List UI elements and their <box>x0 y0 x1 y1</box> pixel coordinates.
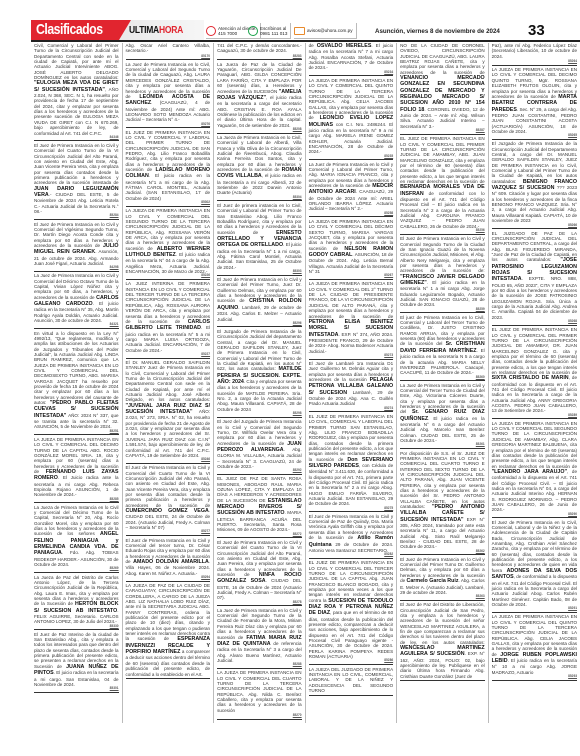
notice-text-continued: AÑO: 2.024, N° 273, SRIA. N° 02, ha resu… <box>126 409 211 458</box>
classifieds-columns: Civil, Comercial y Laboral del Primer Tu… <box>31 43 580 756</box>
notice-text: LA JUEZA DE PRIMERA INSTANCIA EN LO CIVI… <box>309 78 394 120</box>
legal-notice: LA JUEZA DE PRIMERA INSTANCIA EN LO CIVI… <box>34 437 119 503</box>
legal-notice: Paz), ante mí Abg. Federico López Díaz (… <box>492 43 577 66</box>
column-4: de OSVALDO MERELES. El juicio radica en … <box>306 43 398 723</box>
notice-text: Paz), ante mí Abg. Federico López Díaz (… <box>492 43 577 59</box>
newspaper-logo: ULTIMAHORA <box>129 25 183 36</box>
notice-text: El Dr. MANUEL GERALDO SAIFILDIN STANLEY … <box>126 360 211 402</box>
legal-notice: La Juez de Primera Instancia en lo Civil… <box>34 273 119 329</box>
notice-text-continued: , de conformidad con lo dispuesto en el … <box>492 375 577 413</box>
legal-notice: El Juez de Primera Instancia en lo Civil… <box>400 236 485 313</box>
legal-notice: El Juez del Juzgado de Primera Instancia… <box>217 419 302 475</box>
legal-notice: El Juez de Paz del Distrito de Liberació… <box>400 602 485 681</box>
notice-code: 85269 <box>34 567 119 571</box>
legal-notice: EL JUEZ DE PRIMERA INSTANCIA EN LO CIVIL… <box>309 414 394 512</box>
notice-code: 85261 <box>400 443 485 447</box>
contact-whatsapp-value: 0981 111 013 <box>260 31 287 36</box>
notice-code: 85275 <box>309 507 394 511</box>
legal-notice: La Juez de Primera Instancia en lo Civil… <box>217 608 302 669</box>
notice-code: 85260 <box>400 376 485 380</box>
legal-notice: EL JUEZ DE PRIMERA INSTANCIA EN LO CIVIL… <box>309 560 394 665</box>
column-1: Civil, Comercial y Laboral del Primer Tu… <box>31 43 123 723</box>
notice-text: LA JUEZA DE PRIMERA INSTANCIA EN LO CIVI… <box>492 614 577 656</box>
notice-code: 85302 <box>126 201 211 205</box>
legal-notice: El Juez de Primera Instancia en lo Civil… <box>34 222 119 272</box>
contact-email: avisos@uhora.com.py <box>294 23 357 39</box>
notice-code: 85294 <box>126 576 211 580</box>
legal-notice: LA JUEZ INTERINA DE PRIMERA INSTANCIA EN… <box>126 281 211 358</box>
legal-notice: El Juez de primera instancia en lo Civil… <box>217 203 302 276</box>
legal-notice: El Juez de Primera Instancia en lo Civil… <box>34 143 119 220</box>
legal-notice: LA JUEZA DE PRIMERA INSTANCIA EN LO CIVI… <box>492 67 577 140</box>
legal-notice: El Juez de Primera Instancia en lo Civil… <box>217 277 302 327</box>
notice-text-continued: , de conformidad a lo dispuesto en el Ar… <box>492 469 577 512</box>
deceased-name: SIXTA CRISTALDO DE MARIN <box>492 375 569 381</box>
notice-code: 85234 <box>309 71 394 75</box>
notice-code: 85291 <box>492 607 577 611</box>
column-5: NO DE LA CIUDAD DE CORONEL OVIEDO, CIRCU… <box>397 43 489 723</box>
notice-text: EL JUEZ DE PRIMERA INSTANCIA EN LO CIVIL… <box>492 327 577 375</box>
notice-code: 85251 <box>34 430 119 434</box>
legal-notice: La Juez de Primera Instancia en lo Civil… <box>400 383 485 449</box>
phone-icon <box>206 26 216 36</box>
legal-notice: El juez de Primera Instancia en lo Civil… <box>400 315 485 381</box>
legal-notice: Civil, Comercial y Laboral del Primer Tu… <box>34 43 119 141</box>
column-6: Paz), ante mí Abg. Federico López Díaz (… <box>489 43 580 723</box>
section-title: Clasificados <box>36 21 103 38</box>
notice-text: LA JUEZA DE PRIMERA INSTANCIA EN LO CIVI… <box>492 421 577 469</box>
notice-text: EL JUEZ DE PRIMERA INSTANCIA EN LO CIVIL… <box>126 130 211 172</box>
legal-notice: Por disposición de S.S. el Sr. JUEZ DE P… <box>400 451 485 556</box>
notice-code: 85290 <box>492 513 577 517</box>
notice-code: 85304 <box>217 196 302 200</box>
legal-notice: El Juez de Primera Instancia en lo Civil… <box>309 514 394 559</box>
legal-notice: El Juzgado de Primera Instancia de la Ci… <box>492 141 577 229</box>
legal-notice: EL JUEZ DE PRIMERA INSTANCIA EN LO CIVIL… <box>126 130 211 207</box>
legal-notice: Abg. Oscar Ariel Cantero Villalba, secre… <box>126 43 211 60</box>
notice-code: 85273 <box>309 354 394 358</box>
legal-notice: LA JUEZA DEL JUZGADO DE PRIMERA INSTANCI… <box>309 667 394 697</box>
notice-code: 85226 <box>126 274 211 278</box>
legal-notice: El Juez de Primera Instancia en lo Civil… <box>126 538 211 582</box>
legal-notice: El Juez de Primera Instancia en lo Civil… <box>217 540 302 606</box>
notice-text-continued: , con Cédula de Identidad N° 3.411.630, … <box>309 463 394 506</box>
legal-notice: El Juez de Paz Interino de la ciudad de … <box>34 632 119 693</box>
notice-text: El Juez de Paz del Distrito de Liberació… <box>400 602 485 644</box>
notice-text: NO DE LA CIUDAD DE CORONEL OVIEDO, CIRCU… <box>400 43 485 75</box>
notice-code: 85298 <box>217 412 302 416</box>
notice-text: En virtud a lo dispuesto en la Ley N° 49… <box>34 331 119 405</box>
notice-text: Civil, Comercial y Laboral del Primer Tu… <box>34 43 119 80</box>
legal-notice: El Juez de Lambaré 1ra Instancia D1 Juez… <box>309 361 394 412</box>
legal-notice: La Jueza de Primera Instancia en lo Civi… <box>34 505 119 573</box>
legal-notice: La Jueza de Paz de la Ciudad de Yaguarón… <box>217 62 302 134</box>
logo-part-ultima: ULTIMA <box>129 25 159 36</box>
legal-notice: NO DE LA CIUDAD DE CORONEL OVIEDO, CIRCU… <box>400 43 485 135</box>
notice-code: 85276 <box>126 123 211 127</box>
deceased-name: "LEANDRO JARA ARAUJO" <box>492 469 567 475</box>
legal-notice: 741 del C.P.C. y demás concordantes.- Ca… <box>217 43 302 60</box>
notice-code: 85282 <box>309 553 394 557</box>
notice-text: LA JUEZA DE PRIMERA INSTANCIA EN LO CIVI… <box>126 208 211 250</box>
legal-notice: EL JUEZ DE PRIMERA INSTANCIA EN LO CIVIL… <box>492 327 577 419</box>
page-number: 33 <box>528 22 545 39</box>
notice-code: 85330 <box>34 625 119 629</box>
notice-code: 85303 <box>217 270 302 274</box>
notice-text: EL JUEZ DE PRIMERA INSTANCIA EN LO CIVIL… <box>400 136 485 184</box>
legal-notice: EL JUZGADO DE PAZ DE LA CIRCUNSCRIPCIÓN … <box>492 231 577 326</box>
notice-code: 85262 <box>400 550 485 554</box>
deceased-name: OSVALDO MERELES <box>317 43 372 49</box>
notice-text: de <box>309 43 314 48</box>
notice-code: 85265 <box>492 134 577 138</box>
legal-notice: LA JUEZA DE PAZ DE LA CIUDAD DE CARAGUAT… <box>126 583 211 679</box>
notice-text: LA JUEZA DEL JUZGADO DE PRIMERA INSTANCI… <box>309 667 394 693</box>
legal-notice: LA JUEZA DE PRIMERA INSTANCIA EN LO CIVI… <box>309 281 394 359</box>
notice-code: 84346 <box>34 136 119 140</box>
notice-code: 85272 <box>217 533 302 537</box>
notice-code: 85264 <box>492 60 577 64</box>
contact-email-value: avisos@uhora.com.py <box>307 28 353 33</box>
deceased-name: AMADO DOLDÁN AMARILLA <box>133 559 209 565</box>
issue-date: Asunción, viernes 8 de noviembre de 2024 <box>375 28 500 35</box>
notice-code: 85235 <box>309 155 394 159</box>
column-2: Abg. Oscar Ariel Cantero Villalba, secre… <box>123 43 215 723</box>
contact-phone-value: 415 7000 <box>218 31 237 36</box>
notice-code: 85283 <box>217 55 302 59</box>
legal-notice: LA JUEZA DE PRIMERA INSTANCIA EN LO CIVI… <box>126 208 211 280</box>
notice-text: LA JUEZ INTERINA DE PRIMERA INSTANCIA EN… <box>126 281 211 323</box>
notice-code: 85296 <box>217 322 302 326</box>
notice-text: El Juez de Primera Instancia en lo Civil… <box>400 236 485 273</box>
notice-code: 85278 <box>217 601 302 605</box>
legal-notice: La Juez de Primera Instancia en lo Civil… <box>309 162 394 218</box>
legal-notice: de OSVALDO MERELES. El juicio radica en … <box>309 43 394 76</box>
notice-text: El Juez de Primera Instancia en lo Civil… <box>126 465 211 507</box>
notice-code: 84298 <box>34 266 119 270</box>
legal-notice: EL JUEZ DE PAZ DE SANTA ROSA MISIONES, A… <box>217 476 302 538</box>
notice-code: 85263 <box>400 595 485 599</box>
notice-text: LA JUEZA DE PRIMERA INSTANCIA EN LO CIVI… <box>309 281 394 318</box>
notice-text: Por disposición de S.S. el Sr. JUEZ DE P… <box>400 451 485 509</box>
legal-notice: La Jueza de Paz del Distrito de Carlos A… <box>34 575 119 631</box>
notice-code: 85287 <box>400 129 485 133</box>
notice-code: 85285 <box>34 498 119 502</box>
whatsapp-icon <box>248 26 258 36</box>
notice-text: Abg. Oscar Ariel Cantero Villalba, secre… <box>126 43 211 53</box>
legal-notice: El Juez de Primera Instancia en lo Civil… <box>126 465 211 536</box>
deceased-name: CUMERCINDO GOMEZ VEGA <box>126 508 209 514</box>
notice-code: 85286 <box>309 659 394 663</box>
notice-text: EL JUEZ DE PRIMERA INSTANCIA EN LO CIVIL… <box>309 560 394 602</box>
notice-text: LA JUEZA DE PAZ DE LA CIUDAD DE CARAGUAT… <box>126 583 211 641</box>
legal-notice: El Juzgado de Primera Instancia de la Ci… <box>217 329 302 418</box>
notice-code: 85267 <box>309 274 394 278</box>
notice-code: 85274 <box>309 407 394 411</box>
notice-code: 85270 <box>217 714 302 718</box>
notice-code: 85256 <box>400 229 485 233</box>
notice-text-continued: ??? 2023 N° 609. Citación y lugar por se… <box>492 185 577 223</box>
notice-code: 85288 <box>217 663 302 667</box>
notice-text: 741 del C.P.C. y demás concordantes.- Ca… <box>217 43 302 53</box>
header-rule <box>31 40 580 42</box>
legal-notice: La Juez de Primera Instancia en lo Civil… <box>126 62 211 128</box>
notice-code: 85293 <box>492 675 577 679</box>
notice-text-continued: de conformidad con lo dispuesto en el Ar… <box>400 191 485 229</box>
notice-code: 85292 <box>217 469 302 473</box>
notice-code: 85284 <box>34 214 119 218</box>
column-3: 741 del C.P.C. y demás concordantes.- Ca… <box>214 43 306 723</box>
page-header: Clasificados ULTIMAHORA Atención al clie… <box>0 0 580 40</box>
notice-code: 85170 <box>126 55 211 59</box>
notice-text-continued: , AÑO 2.024, N 368, SEC. N 1, ha resuelt… <box>34 87 119 136</box>
legal-notice: La Jueza de Primera Instancia en lo Civi… <box>217 135 302 201</box>
legal-notice: El Dr. MANUEL GERALDO SAIFILDIN STANLEY … <box>126 360 211 464</box>
legal-notice: En virtud a lo dispuesto en la Ley N° 49… <box>34 331 119 436</box>
legal-notice: LA JUEZA DE PRIMERA INSTANCIA EN LO CIVI… <box>492 614 577 680</box>
notice-text-continued: , para que en el término de 60 días, con… <box>309 610 394 659</box>
notice-text: LA JUEZA DE PRIMERA INSTANCIA EN LO CIVI… <box>217 670 302 712</box>
notice-code: 85268 <box>492 320 577 324</box>
legal-notice: LA JUEZA DE PRIMERA INSTANCIA EN LO CIVI… <box>492 421 577 518</box>
section-tab: Clasificados <box>31 20 131 40</box>
notice-code: 85258 <box>309 212 394 216</box>
notice-text: El Juzgado de Primera Instancia de la Ci… <box>492 141 577 183</box>
envelope-icon <box>294 27 305 35</box>
notice-code: 85227 <box>126 353 211 357</box>
legal-notice: El Juez de Primera Instancia en lo Civil… <box>400 557 485 601</box>
legal-notice: EL JUEZ DE PRIMERA INSTANCIA EN LO CIVIL… <box>400 136 485 234</box>
legal-notice: LA JUEZA DE PRIMERA INSTANCIA EN LO CIVI… <box>309 219 394 280</box>
notice-code: 85301 <box>34 687 119 691</box>
notice-code: 85246 <box>126 458 211 462</box>
notice-text-continued: . EXPTE. NRO. 888, FOLIO 65, AÑO 2023", … <box>492 276 577 319</box>
notice-code: 85289 <box>492 414 577 418</box>
legal-notice: LA JUEZA DE PRIMERA INSTANCIA EN LO CIVI… <box>309 78 394 160</box>
notice-text: El Juez de Primera Instancia en lo Civil… <box>492 520 577 573</box>
notice-text: El Juez de Primera Instancia en lo Civil… <box>34 143 119 185</box>
legal-notice: El Juez de Primera Instancia en lo Civil… <box>492 520 577 613</box>
notice-code: 84321 <box>34 323 119 327</box>
notice-code: 85259 <box>400 308 485 312</box>
notice-code: 85277 <box>126 530 211 534</box>
notice-code: 85208 <box>217 128 302 132</box>
notice-text: El Juzgado de Primera Instancia de la Ci… <box>217 329 302 371</box>
notice-code: 85266 <box>492 224 577 228</box>
logo-part-hora: HORA <box>159 25 183 36</box>
notice-text: EL JUEZ DE PRIMERA INSTANCIA EN LO CIVIL… <box>309 414 394 462</box>
contact-whatsapp: Escríbinos al 0981 111 013 <box>248 23 291 39</box>
deceased-name: Carmelo Garcia Ruiz <box>407 578 459 584</box>
legal-notice: LA JUEZA DE PRIMERA INSTANCIA EN LO CIVI… <box>217 670 302 719</box>
